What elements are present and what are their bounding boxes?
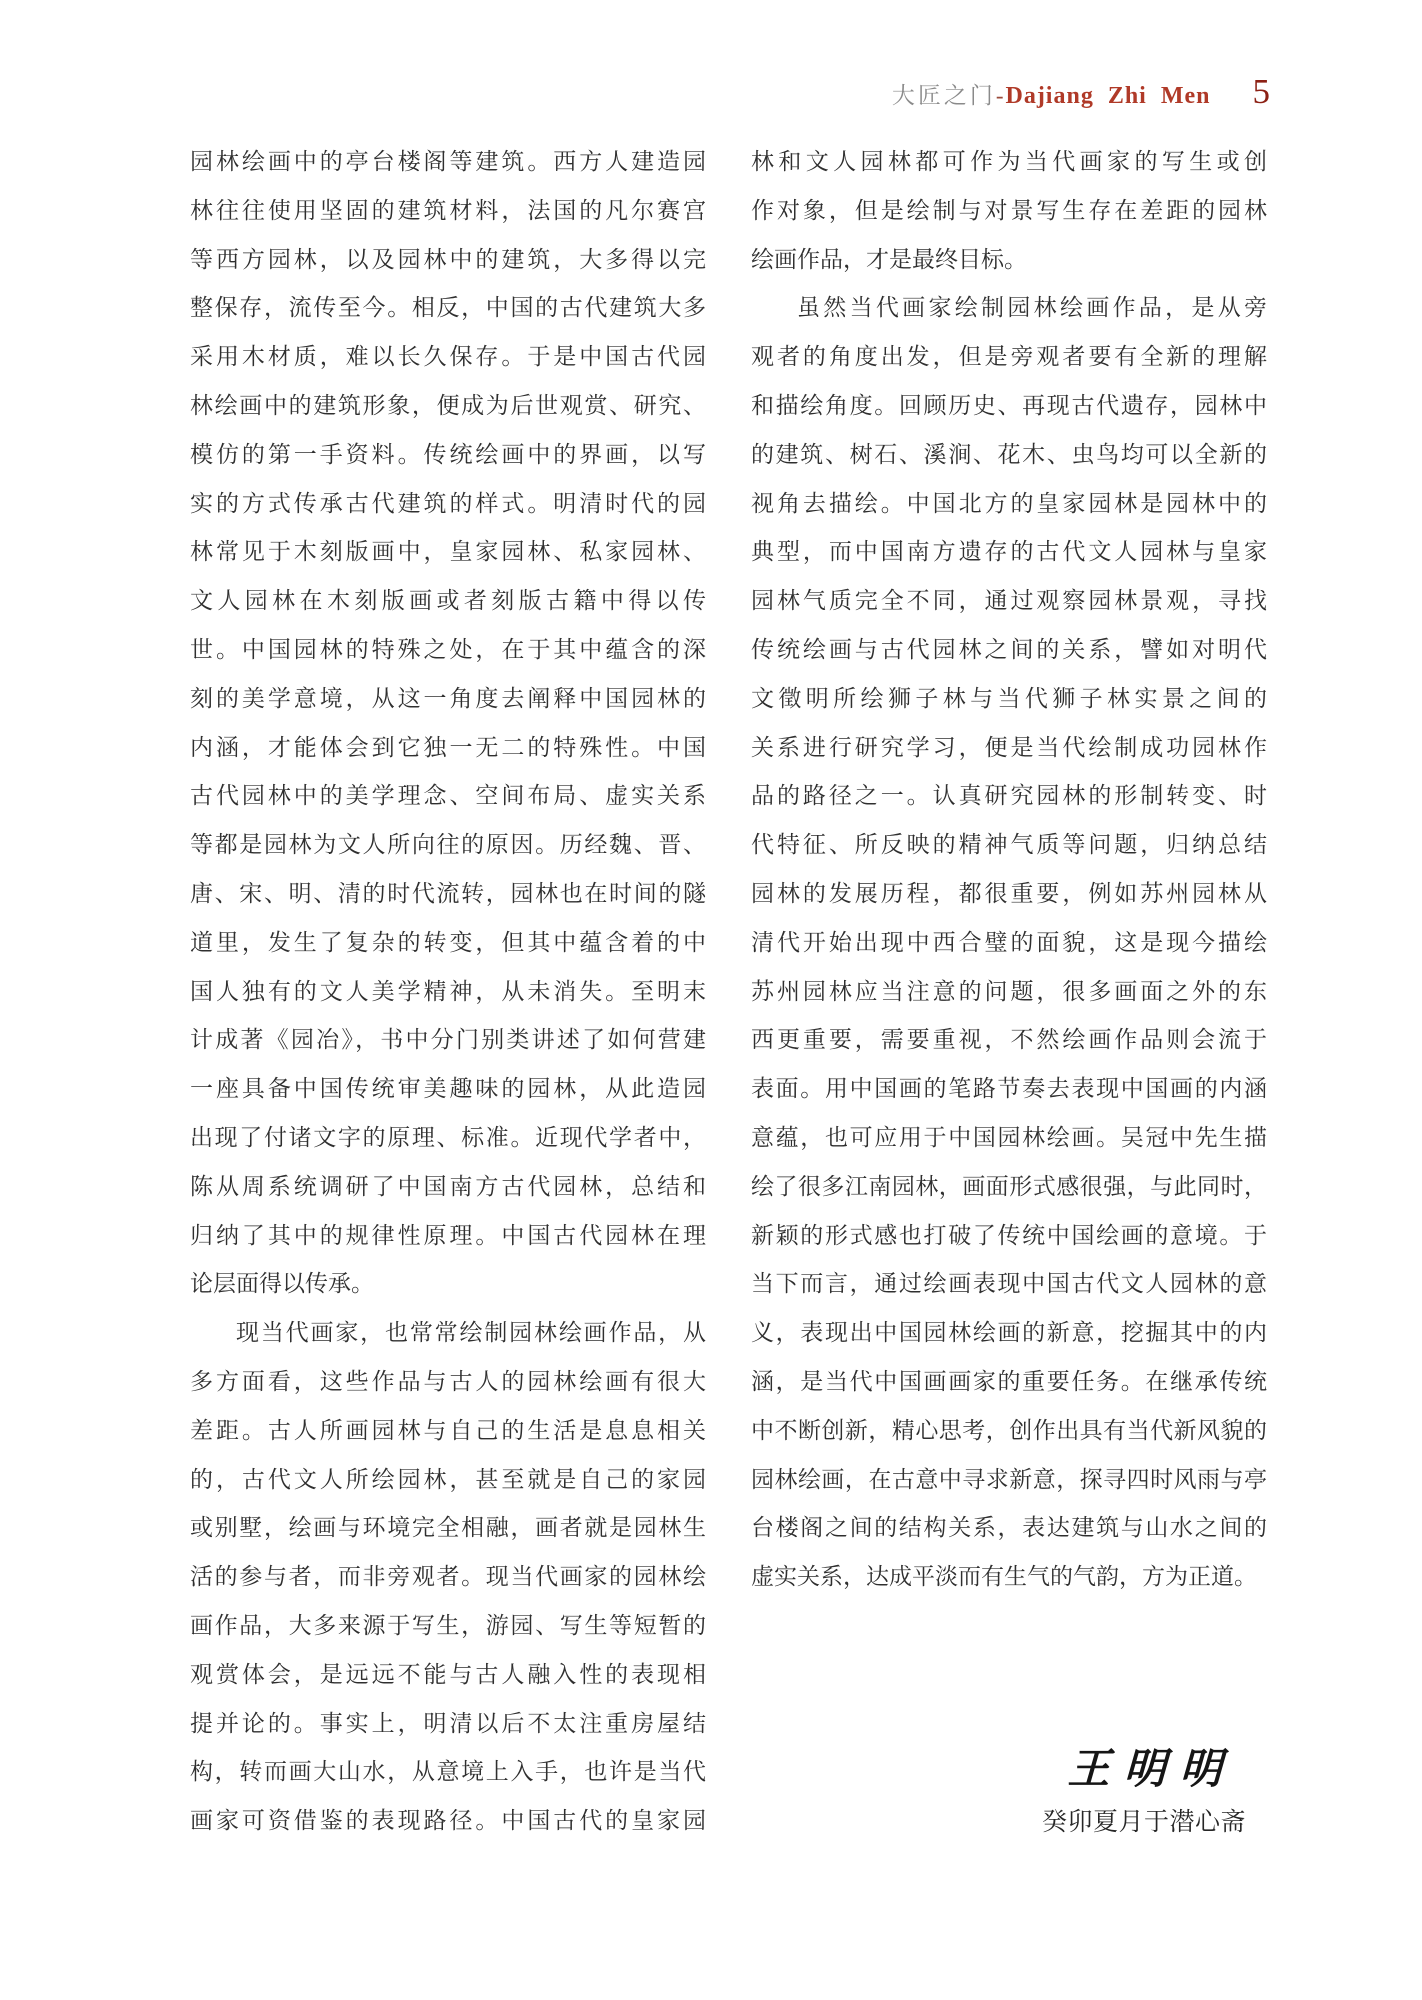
header-title-pinyin: Dajiang Zhi Men <box>1005 83 1210 110</box>
page-number: 5 <box>1253 72 1271 112</box>
text-line: 出现了付诸文字的原理、标准。近现代学者中， <box>190 1114 706 1163</box>
text-line: 观赏体会，是远远不能与古人融入性的表现相 <box>190 1651 706 1700</box>
text-line: 虚实关系，达成平淡而有生气的气韵，方为正道。 <box>751 1553 1267 1602</box>
text-line: 绘画作品，才是最终目标。 <box>751 236 1267 285</box>
text-line: 实的方式传承古代建筑的样式。明清时代的园 <box>190 480 706 529</box>
text-line: 道里，发生了复杂的转变，但其中蕴含着的中 <box>190 919 706 968</box>
text-line: 现当代画家，也常常绘制园林绘画作品，从 <box>190 1309 706 1358</box>
text-line: 论层面得以传承。 <box>190 1260 706 1309</box>
text-line: 世。中国园林的特殊之处，在于其中蕴含的深 <box>190 626 706 675</box>
text-line: 苏州园林应当注意的问题，很多画面之外的东 <box>751 968 1267 1017</box>
text-line: 画作品，大多来源于写生，游园、写生等短暂的 <box>190 1602 706 1651</box>
text-line: 义，表现出中国园林绘画的新意，挖掘其中的内 <box>751 1309 1267 1358</box>
text-line: 归纳了其中的规律性原理。中国古代园林在理 <box>190 1212 706 1261</box>
text-line: 意蕴，也可应用于中国园林绘画。吴冠中先生描 <box>751 1114 1267 1163</box>
text-line: 等都是园林为文人所向往的原因。历经魏、晋、 <box>190 821 706 870</box>
text-line: 当下而言，通过绘画表现中国古代文人园林的意 <box>751 1260 1267 1309</box>
text-line: 涵，是当代中国画画家的重要任务。在继承传统 <box>751 1358 1267 1407</box>
signature-date-line: 癸卯夏月于潜心斋 <box>1042 1802 1246 1838</box>
text-line: 一座具备中国传统审美趣味的园林，从此造园 <box>190 1065 706 1114</box>
text-line: 构，转而画大山水，从意境上入手，也许是当代 <box>190 1748 706 1797</box>
text-line: 林绘画中的建筑形象，便成为后世观赏、研究、 <box>190 382 706 431</box>
text-line: 观者的角度出发，但是旁观者要有全新的理解 <box>751 333 1267 382</box>
text-line: 采用木材质，难以长久保存。于是中国古代园 <box>190 333 706 382</box>
text-line: 唐、宋、明、清的时代流转，园林也在时间的隧 <box>190 870 706 919</box>
text-line: 计成著《园冶》，书中分门别类讲述了如何营建 <box>190 1016 706 1065</box>
text-line: 活的参与者，而非旁观者。现当代画家的园林绘 <box>190 1553 706 1602</box>
text-line: 作对象，但是绘制与对景写生存在差距的园林 <box>751 187 1267 236</box>
text-line: 或别墅，绘画与环境完全相融，画者就是园林生 <box>190 1504 706 1553</box>
text-line: 台楼阁之间的结构关系，表达建筑与山水之间的 <box>751 1504 1267 1553</box>
text-line: 传统绘画与古代园林之间的关系，譬如对明代 <box>751 626 1267 675</box>
text-line: 等西方园林，以及园林中的建筑，大多得以完 <box>190 236 706 285</box>
text-line: 林和文人园林都可作为当代画家的写生或创 <box>751 138 1267 187</box>
text-line: 刻的美学意境，从这一角度去阐释中国园林的 <box>190 675 706 724</box>
text-line: 陈从周系统调研了中国南方古代园林，总结和 <box>190 1163 706 1212</box>
text-line: 的建筑、树石、溪涧、花木、虫鸟均可以全新的 <box>751 431 1267 480</box>
page-header: 大匠之门 - Dajiang Zhi Men 5 <box>892 72 1270 112</box>
signature-name: 王明明 <box>1067 1736 1237 1796</box>
text-line: 中不断创新，精心思考，创作出具有当代新风貌的 <box>751 1407 1267 1456</box>
text-line: 模仿的第一手资料。传统绘画中的界画，以写 <box>190 431 706 480</box>
text-line: 表面。用中国画的笔路节奏去表现中国画的内涵 <box>751 1065 1267 1114</box>
text-line: 国人独有的文人美学精神，从未消失。至明末 <box>190 968 706 1017</box>
text-column-right: 林和文人园林都可作为当代画家的写生或创作对象，但是绘制与对景写生存在差距的园林绘… <box>751 138 1267 1602</box>
text-line: 新颖的形式感也打破了传统中国绘画的意境。于 <box>751 1212 1267 1261</box>
text-line: 提并论的。事实上，明清以后不太注重房屋结 <box>190 1700 706 1749</box>
text-line: 古代园林中的美学理念、空间布局、虚实关系 <box>190 772 706 821</box>
header-title-chinese: 大匠之门 <box>892 77 996 110</box>
text-line: 多方面看，这些作品与古人的园林绘画有很大 <box>190 1358 706 1407</box>
text-line: 绘了很多江南园林，画面形式感很强，与此同时， <box>751 1163 1267 1212</box>
text-line: 代特征、所反映的精神气质等问题，归纳总结 <box>751 821 1267 870</box>
text-line: 文徵明所绘狮子林与当代狮子林实景之间的 <box>751 675 1267 724</box>
text-line: 西更重要，需要重视，不然绘画作品则会流于 <box>751 1016 1267 1065</box>
text-line: 林往往使用坚固的建筑材料，法国的凡尔赛宫 <box>190 187 706 236</box>
text-line: 整保存，流传至今。相反，中国的古代建筑大多 <box>190 284 706 333</box>
text-line: 园林气质完全不同，通过观察园林景观，寻找 <box>751 577 1267 626</box>
text-column-left: 园林绘画中的亭台楼阁等建筑。西方人建造园林往往使用坚固的建筑材料，法国的凡尔赛宫… <box>190 138 706 1846</box>
text-line: 园林绘画，在古意中寻求新意，探寻四时风雨与亭 <box>751 1456 1267 1505</box>
text-line: 虽然当代画家绘制园林绘画作品，是从旁 <box>751 284 1267 333</box>
text-line: 清代开始出现中西合璧的面貌，这是现今描绘 <box>751 919 1267 968</box>
header-separator: - <box>996 83 1004 109</box>
text-line: 园林绘画中的亭台楼阁等建筑。西方人建造园 <box>190 138 706 187</box>
text-line: 的，古代文人所绘园林，甚至就是自己的家园 <box>190 1456 706 1505</box>
text-line: 内涵，才能体会到它独一无二的特殊性。中国 <box>190 724 706 773</box>
text-line: 关系进行研究学习，便是当代绘制成功园林作 <box>751 724 1267 773</box>
text-line: 视角去描绘。中国北方的皇家园林是园林中的 <box>751 480 1267 529</box>
text-line: 和描绘角度。回顾历史、再现古代遗存，园林中 <box>751 382 1267 431</box>
text-line: 画家可资借鉴的表现路径。中国古代的皇家园 <box>190 1797 706 1846</box>
text-line: 典型，而中国南方遗存的古代文人园林与皇家 <box>751 528 1267 577</box>
text-line: 差距。古人所画园林与自己的生活是息息相关 <box>190 1407 706 1456</box>
text-line: 品的路径之一。认真研究园林的形制转变、时 <box>751 772 1267 821</box>
text-line: 林常见于木刻版画中，皇家园林、私家园林、 <box>190 528 706 577</box>
text-line: 园林的发展历程，都很重要，例如苏州园林从 <box>751 870 1267 919</box>
text-line: 文人园林在木刻版画或者刻版古籍中得以传 <box>190 577 706 626</box>
